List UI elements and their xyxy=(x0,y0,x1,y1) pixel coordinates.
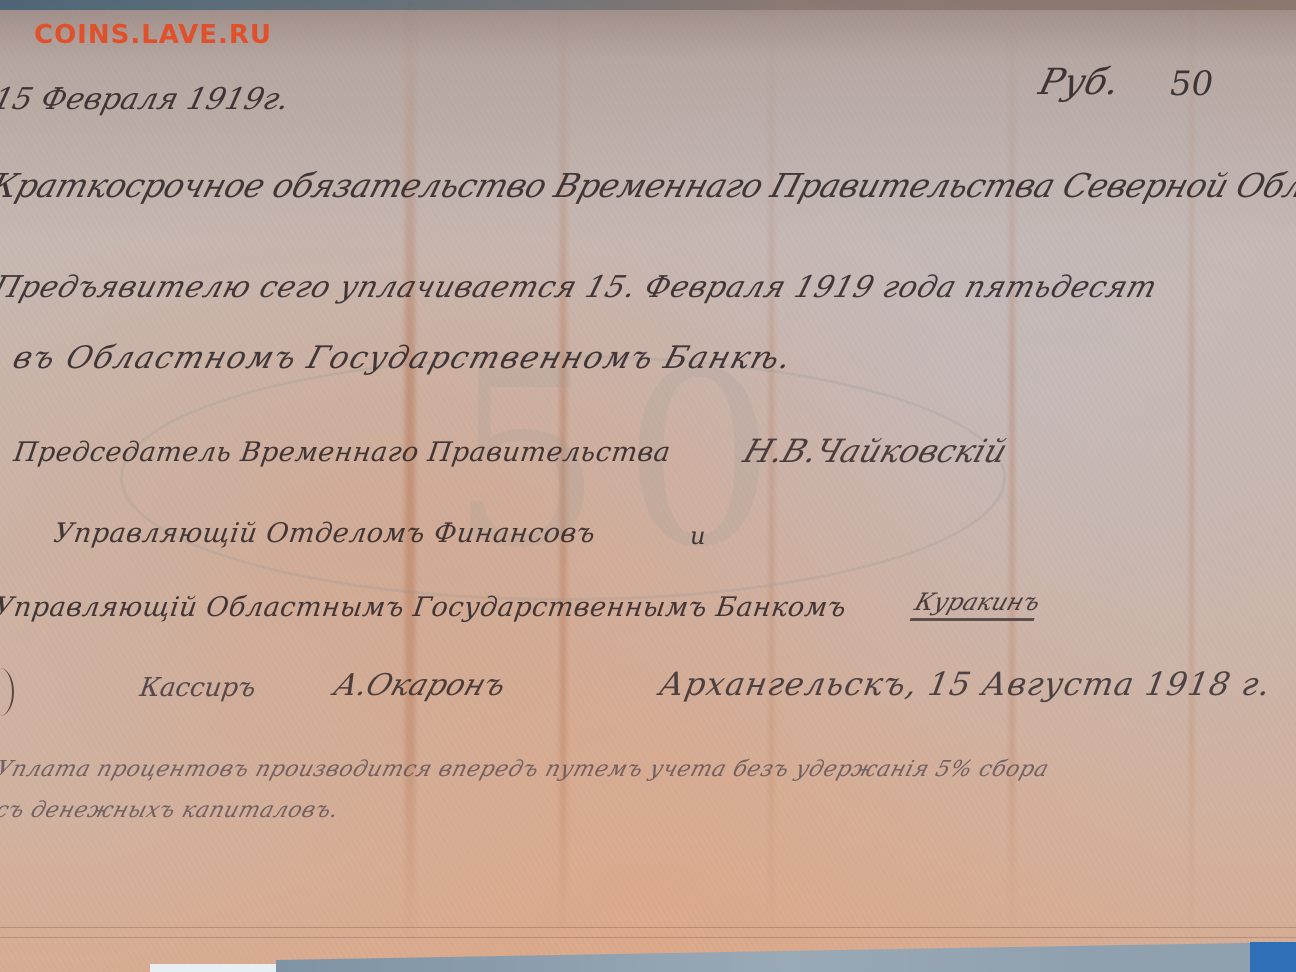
banknote-photo: 50 COINS.LAVE.RU 15 Февраля 1919г. Руб. … xyxy=(0,0,1296,972)
bank-manager-label: Управляющій Областнымъ Государственнымъ … xyxy=(0,592,848,623)
bearer-line: Предъявителю сего уплачивается 15. Февра… xyxy=(0,270,1161,305)
footnote-line-2: съ денежныхъ капиталовъ. xyxy=(0,798,342,823)
seal-edge xyxy=(0,668,14,716)
document-title: Краткосрочное обязательство Временнаго П… xyxy=(0,166,1296,205)
denomination-label: Руб. xyxy=(1035,62,1124,103)
denomination-value: 50 xyxy=(1170,64,1213,104)
footnote-line-1: Уплата процентовъ производится впередъ п… xyxy=(0,757,1052,782)
fold-line xyxy=(0,927,1296,928)
background-surface xyxy=(150,964,276,972)
rust-stain-fold xyxy=(1010,0,1014,940)
background-object-blue xyxy=(1250,942,1296,972)
cashier-signature: А.Окаронъ xyxy=(329,668,510,703)
bank-line: въ Областномъ Государственномъ Банкѣ. xyxy=(9,340,797,376)
cashier-label: Кассиръ xyxy=(138,673,258,703)
chairman-signature: Н.В.Чайковскій xyxy=(739,432,1012,470)
finance-label: Управляющій Отделомъ Финансовъ xyxy=(52,518,598,549)
bank-manager-signature: Куракинъ xyxy=(910,588,1044,621)
fold-line xyxy=(0,937,1296,938)
photo-top-edge xyxy=(0,0,1296,10)
rust-stain-fold xyxy=(1190,0,1193,940)
finance-conjunction: и xyxy=(690,522,705,550)
site-watermark-logo: COINS.LAVE.RU xyxy=(34,20,272,50)
issue-date: 15 Февраля 1919г. xyxy=(0,82,293,117)
chairman-label: Председатель Временнаго Правительства xyxy=(12,437,673,468)
place-and-date: Архангельскъ, 15 Августа 1918 г. xyxy=(657,665,1274,703)
background-surface xyxy=(276,942,1296,972)
